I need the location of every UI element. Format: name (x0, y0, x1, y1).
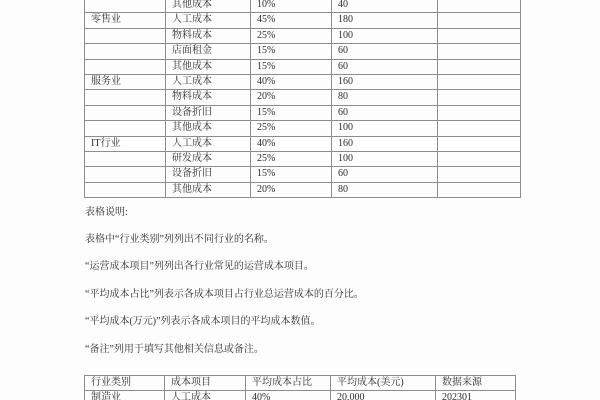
cell-percent: 10% (251, 0, 332, 13)
cell-value: 160 (332, 136, 438, 151)
cell-percent: 15% (251, 59, 332, 74)
cell-note (438, 167, 521, 182)
cell-note (438, 0, 521, 13)
cell-value: 60 (332, 167, 438, 182)
cell-note (438, 75, 521, 90)
table-row: 设备折旧 15% 60 (85, 167, 521, 182)
cell-industry: 零售业 (85, 13, 166, 28)
cell-percent: 20% (251, 182, 332, 197)
cell-cost-item: 人工成本 (165, 391, 246, 400)
cell-cost-item: 人工成本 (166, 75, 251, 90)
header-percent: 平均成本占比 (246, 376, 331, 391)
header-cost-item: 成本项目 (165, 376, 246, 391)
cell-industry (85, 121, 166, 136)
cell-industry: IT行业 (85, 136, 166, 151)
cell-avg-cost-usd: 20,000 (331, 391, 436, 400)
notes-heading: 表格说明: (85, 207, 128, 219)
cell-industry: 制造业 (85, 391, 165, 400)
cell-industry (85, 28, 166, 43)
table-row: 零售业 人工成本 45% 180 (85, 13, 521, 28)
cell-industry (85, 0, 166, 13)
cell-note (438, 44, 521, 59)
cell-percent: 40% (246, 391, 331, 400)
cell-value: 100 (332, 152, 438, 167)
cell-industry (85, 167, 166, 182)
cell-cost-item: 其他成本 (166, 59, 251, 74)
cell-value: 80 (332, 182, 438, 197)
note-line-cost-item-column: “运营成本项目”列列出各行业常见的运营成本项目。 (85, 261, 314, 273)
cell-note (438, 59, 521, 74)
note-line-industry-column: 表格中“行业类别”列列出不同行业的名称。 (85, 234, 274, 246)
cell-cost-item: 店面租金 (166, 44, 251, 59)
cell-percent: 45% (251, 13, 332, 28)
cell-percent: 15% (251, 44, 332, 59)
header-avg-cost-usd: 平均成本(美元) (331, 376, 436, 391)
table-header-row: 行业类别 成本项目 平均成本占比 平均成本(美元) 数据来源 (85, 376, 516, 391)
cell-industry (85, 90, 166, 105)
table-row: 其他成本 10% 40 (85, 0, 521, 13)
cell-note (438, 152, 521, 167)
cell-percent: 25% (251, 121, 332, 136)
cell-cost-item: 研发成本 (166, 152, 251, 167)
cell-value: 100 (332, 121, 438, 136)
cell-value: 160 (332, 75, 438, 90)
cell-value: 100 (332, 28, 438, 43)
table-row: 物料成本 20% 80 (85, 90, 521, 105)
cell-data-source: 202301 (436, 391, 516, 400)
cell-cost-item: 其他成本 (166, 182, 251, 197)
cell-percent: 40% (251, 75, 332, 90)
table-row: 物料成本 25% 100 (85, 28, 521, 43)
cell-note (438, 28, 521, 43)
document-page: 其他成本 10% 40 零售业 人工成本 45% 180 物料成本 25% 10… (0, 0, 600, 400)
cell-percent: 20% (251, 90, 332, 105)
cell-cost-item: 人工成本 (166, 13, 251, 28)
table-row: 服务业 人工成本 40% 160 (85, 75, 521, 90)
table-row: 其他成本 15% 60 (85, 59, 521, 74)
cell-industry (85, 182, 166, 197)
cell-industry (85, 59, 166, 74)
cell-note (438, 121, 521, 136)
cell-cost-item: 设备折旧 (166, 105, 251, 120)
cell-percent: 15% (251, 105, 332, 120)
cell-percent: 40% (251, 136, 332, 151)
cell-note (438, 182, 521, 197)
industry-cost-table-usd: 行业类别 成本项目 平均成本占比 平均成本(美元) 数据来源 制造业 人工成本 … (84, 375, 516, 400)
table-row: 店面租金 15% 60 (85, 44, 521, 59)
cell-percent: 25% (251, 152, 332, 167)
cell-percent: 25% (251, 28, 332, 43)
cell-industry (85, 105, 166, 120)
cell-cost-item: 设备折旧 (166, 167, 251, 182)
cell-industry (85, 152, 166, 167)
table-row: 研发成本 25% 100 (85, 152, 521, 167)
cell-value: 180 (332, 13, 438, 28)
cell-note (438, 90, 521, 105)
note-line-avg-cost-column: “平均成本(万元)”列表示各成本项目的平均成本数值。 (85, 316, 321, 328)
cell-cost-item: 其他成本 (166, 121, 251, 136)
header-data-source: 数据来源 (436, 376, 516, 391)
header-industry: 行业类别 (85, 376, 165, 391)
cell-note (438, 136, 521, 151)
table-row: 其他成本 20% 80 (85, 182, 521, 197)
cell-value: 60 (332, 44, 438, 59)
cell-percent: 15% (251, 167, 332, 182)
cell-value: 40 (332, 0, 438, 13)
cell-cost-item: 物料成本 (166, 28, 251, 43)
cell-industry: 服务业 (85, 75, 166, 90)
cell-cost-item: 其他成本 (166, 0, 251, 13)
note-line-remark-column: “备注”列用于填写其他相关信息或备注。 (85, 344, 264, 356)
table-row: 其他成本 25% 100 (85, 121, 521, 136)
cell-industry (85, 44, 166, 59)
cell-note (438, 105, 521, 120)
cell-value: 60 (332, 105, 438, 120)
cell-note (438, 13, 521, 28)
cell-cost-item: 物料成本 (166, 90, 251, 105)
industry-cost-table-continued: 其他成本 10% 40 零售业 人工成本 45% 180 物料成本 25% 10… (84, 0, 521, 198)
table-row: 设备折旧 15% 60 (85, 105, 521, 120)
cell-cost-item: 人工成本 (166, 136, 251, 151)
table-row: 制造业 人工成本 40% 20,000 202301 (85, 391, 516, 400)
cell-value: 80 (332, 90, 438, 105)
table-row: IT行业 人工成本 40% 160 (85, 136, 521, 151)
cell-value: 60 (332, 59, 438, 74)
note-line-percent-column: “平均成本占比”列表示各成本项目占行业总运营成本的百分比。 (85, 289, 364, 301)
